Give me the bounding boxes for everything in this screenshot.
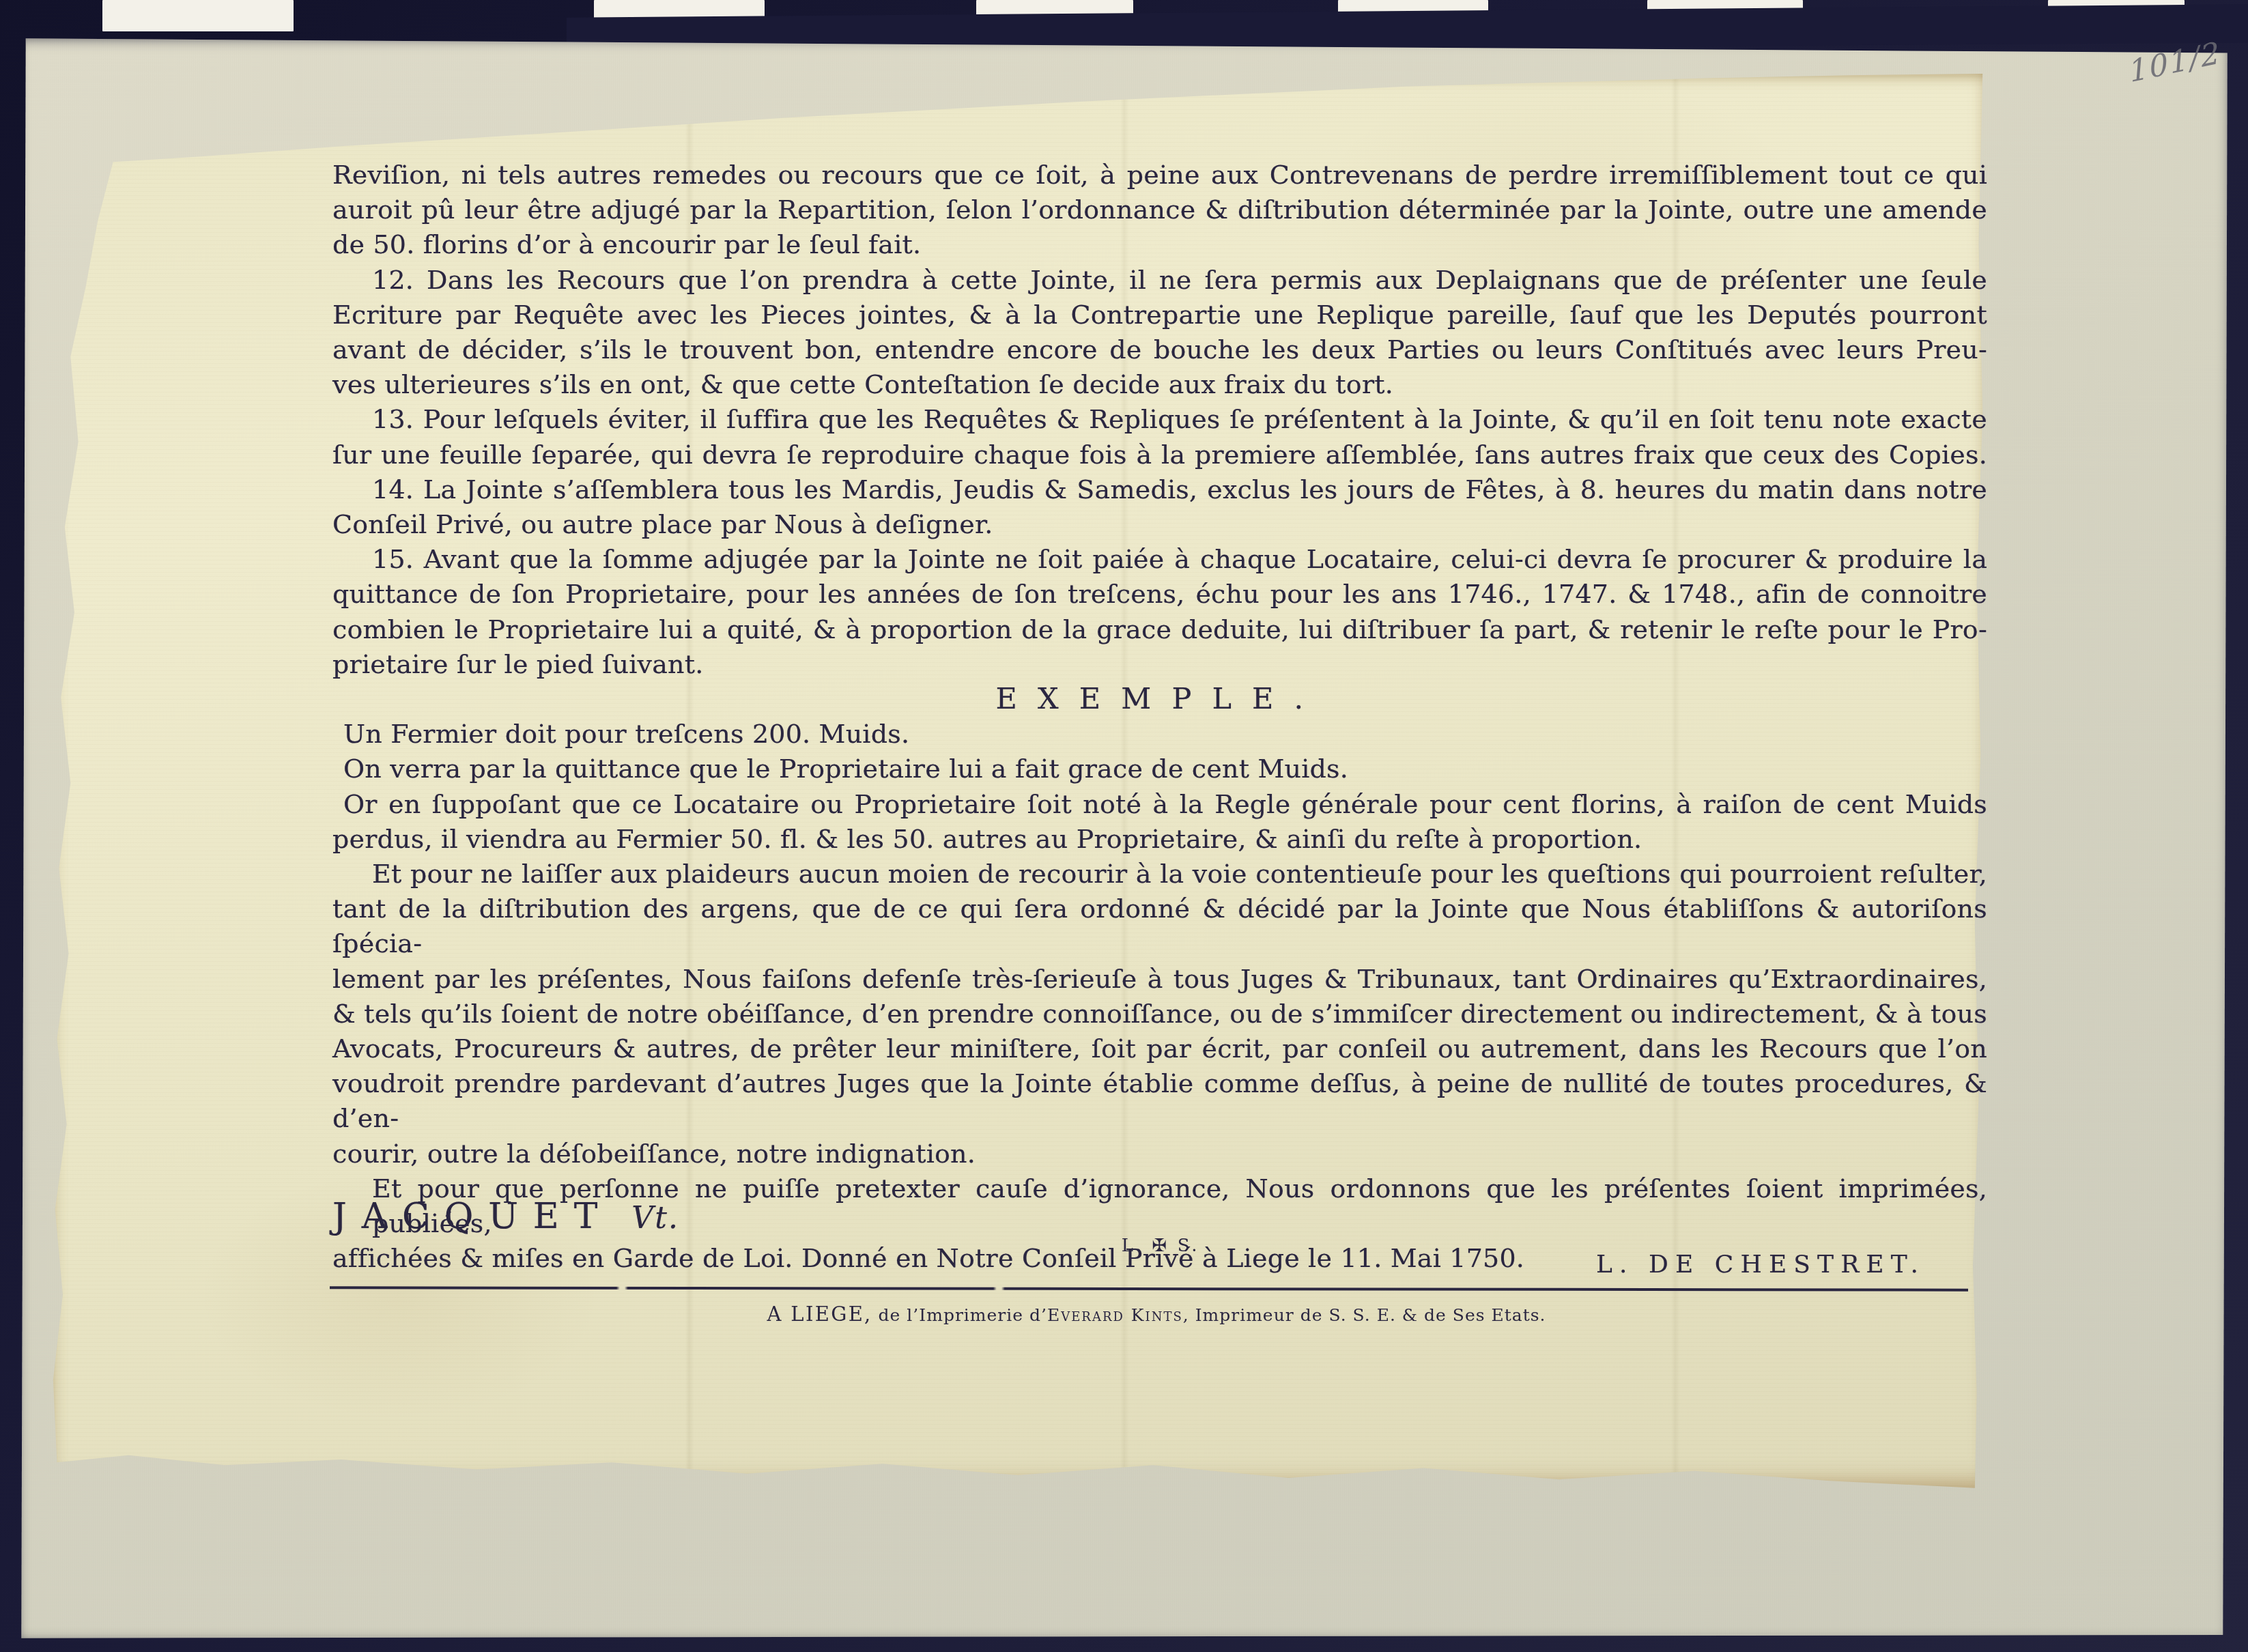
text-line: 15. Avant que la ſomme adjugée par la Jo… <box>332 542 1987 577</box>
text-line: ves ulterieures s’ils en ont, & que cett… <box>332 367 1987 402</box>
imprint-printer: Everard Kints <box>1047 1305 1183 1325</box>
text-line: voudroit prendre pardevant d’autres Juge… <box>332 1066 1987 1136</box>
text-line: 13. Pour leſquels éviter, il ſuffira que… <box>332 402 1987 437</box>
text-line: quittance de ſon Proprietaire, pour les … <box>332 577 1987 612</box>
scanned-document-photo: 101/2 Reviſion, ni tels autres remedes o… <box>0 0 2248 1652</box>
text-line: prietaire ſur le pied ſuivant. <box>332 647 1987 682</box>
text-line: combien le Proprietaire lui a quité, & à… <box>332 612 1987 647</box>
signature-left: JACQUETVt. <box>332 1196 679 1237</box>
text-line: Conſeil Privé, ou autre place par Nous à… <box>332 507 1987 542</box>
text-line: auroit pû leur être adjugé par la Repart… <box>332 193 1987 227</box>
text-line: 12. Dans les Recours que l’on prendra à … <box>332 263 1987 298</box>
text-line: de 50. florins d’or à encourir par le ſe… <box>332 227 1987 262</box>
exemple-heading: EXEMPLE. <box>332 682 1987 717</box>
text-line: Et pour ne laiſſer aux plaideurs aucun m… <box>332 857 1987 892</box>
signature-left-name: JACQUET <box>332 1196 612 1237</box>
text-line: & tels qu’ils ſoient de notre obéiſſance… <box>332 997 1987 1031</box>
text-line: Un Fermier doit pour treſcens 200. Muids… <box>332 717 1987 752</box>
imprint-city: A LIEGE, <box>767 1302 872 1326</box>
seal-mark: L. ✠ S. <box>956 1236 1365 1256</box>
imprint-mid: de l’Imprimerie d’ <box>872 1305 1047 1325</box>
text-line: tant de la diſtribution des argens, que … <box>332 892 1987 961</box>
text-line: ſur une feuille ſeparée, qui devra ſe re… <box>332 438 1987 472</box>
signature-right: L. DE CHESTRET. <box>1596 1251 1925 1279</box>
text-line: Or en ſuppoſant que ce Locataire ou Prop… <box>332 787 1987 822</box>
text-line: On verra par la quittance que le Proprie… <box>332 752 1987 786</box>
imprint-suffix: , Imprimeur de S. S. E. & de Ses Etats. <box>1183 1305 1546 1325</box>
calibration-block <box>102 0 294 31</box>
text-line: courir, outre la déſobeiſſance, notre in… <box>332 1137 1987 1171</box>
text-lines: Reviſion, ni tels autres remedes ou reco… <box>332 158 1987 1277</box>
text-line: lement par les préſentes, Nous faiſons d… <box>332 962 1987 997</box>
text-line: Reviſion, ni tels autres remedes ou reco… <box>332 158 1987 193</box>
text-line: 14. La Jointe s’aſſemblera tous les Mard… <box>332 472 1987 507</box>
imprint-line: A LIEGE, de l’Imprimerie d’Everard Kints… <box>610 1302 1703 1326</box>
text-line: avant de décider, s’ils le trouvent bon,… <box>332 332 1987 367</box>
text-line: perdus, il viendra au Fermier 50. fl. & … <box>332 822 1987 857</box>
text-line: Ecriture par Requête avec les Pieces joi… <box>332 298 1987 332</box>
text-line: Avocats, Procureurs & autres, de prêter … <box>332 1031 1987 1066</box>
signature-left-title: Vt. <box>631 1201 679 1236</box>
